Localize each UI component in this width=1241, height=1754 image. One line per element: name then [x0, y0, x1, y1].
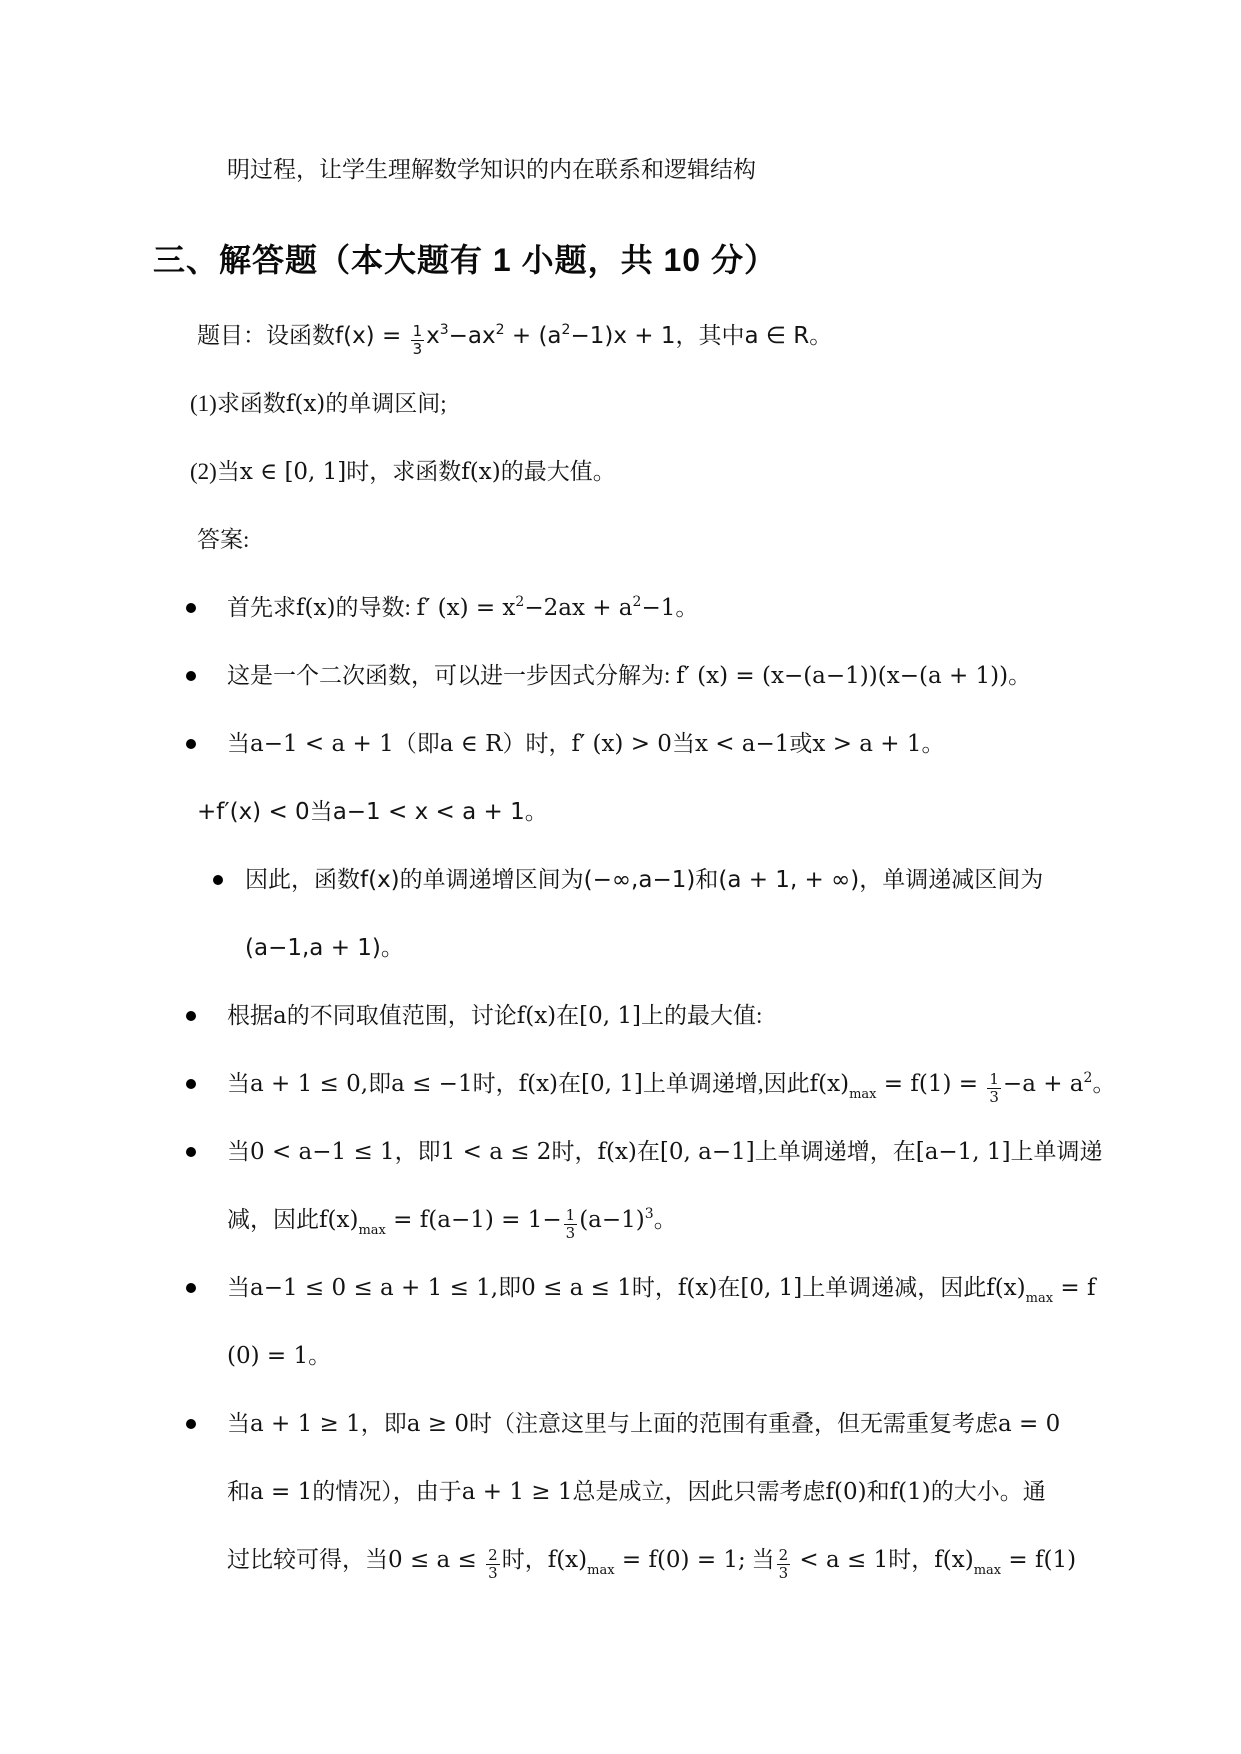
math-run: f′ (x) > 0 [571, 731, 672, 757]
math-run: f′ (x) = (x−(a−1))(x−(a + 1)) [676, 663, 1008, 689]
math-run: a ∈ R [744, 323, 809, 349]
text-run: 和 [867, 1479, 890, 1504]
answer-bullet-case-3: 当a−1 ≤ 0 ≤ a + 1 ≤ 1,即0 ≤ a ≤ 1时，f(x)在[0… [0, 1254, 1241, 1390]
math-run: a = 0 [998, 1411, 1060, 1437]
text-run: 当 [746, 1547, 775, 1572]
text-run: 当 [227, 1139, 250, 1164]
math-run: f(x) [986, 1275, 1025, 1301]
math-run: + (a [505, 323, 562, 349]
text-run: 。 [1092, 1071, 1115, 1096]
text-run: 总是成立，因此只需考虑 [573, 1479, 826, 1504]
problem-statement: 题目：设函数f(x) = 13x3−ax2 + (a2−1)x + 1，其中a … [0, 302, 1241, 370]
math-run: (−∞,a−1) [584, 867, 696, 893]
math-run: f(x) [810, 1071, 849, 1097]
math-run: +f′(x) < 0 [197, 799, 310, 825]
text-run: 。 [525, 799, 548, 824]
text-run: 答案: [197, 527, 249, 552]
math-run: x [426, 323, 440, 349]
math-run: f(1) [890, 1479, 931, 1505]
text-run: 当 [227, 1071, 250, 1096]
bullet-marker [186, 1419, 196, 1429]
fraction: 13 [987, 1071, 1001, 1106]
text-run: 的单调递增区间为 [400, 867, 584, 892]
bullet-marker [186, 1011, 196, 1021]
text-run: 首先求 [227, 595, 296, 620]
answer-bullet-derivative: 首先求f(x)的导数: f′ (x) = x2−2ax + a2−1。 [0, 574, 1241, 642]
math-run: f′ (x) = x [417, 595, 516, 621]
bullet-marker [213, 875, 223, 885]
text-run: 的导数: [335, 595, 416, 620]
text-run: 或 [789, 731, 812, 756]
intro-line: 明过程，让学生理解数学知识的内在联系和逻辑结构 [0, 136, 1241, 204]
text-run: 的大小。通 [931, 1479, 1046, 1504]
text-run: 和 [227, 1479, 250, 1504]
superscript: 3 [440, 322, 449, 338]
answer-bullet-monotonic-intervals: 因此，函数f(x)的单调递增区间为(−∞,a−1)和(a + 1, + ∞)，单… [0, 846, 1241, 982]
fraction: 13 [411, 323, 425, 358]
math-run: 0 ≤ a ≤ [388, 1547, 484, 1573]
text-run: 过比较可得，当 [227, 1547, 388, 1572]
math-run: −ax [449, 323, 496, 349]
math-run: a−1 ≤ 0 ≤ a + 1 ≤ 1, [250, 1275, 498, 1301]
math-run: f(x) = [335, 323, 409, 349]
math-run: a + 1 ≤ 0, [250, 1071, 368, 1097]
math-run: (a−1,a + 1) [245, 935, 381, 961]
math-run: (a + 1, + ∞) [718, 867, 859, 893]
derivative-negative-line: +f′(x) < 0当a−1 < x < a + 1。 [0, 778, 1241, 846]
math-run: a ≥ 0 [407, 1411, 469, 1437]
answer-bullet-case-overview: 根据a的不同取值范围，讨论f(x)在[0, 1]上的最大值: [0, 982, 1241, 1050]
subscript: max [974, 1563, 1001, 1578]
bullet-marker [186, 1079, 196, 1089]
text-run: 和 [695, 867, 718, 892]
fraction: 23 [777, 1547, 791, 1582]
text-run: 题目：设函数 [197, 323, 335, 348]
text-run: 在 [637, 1139, 660, 1164]
superscript: 3 [645, 1206, 654, 1222]
math-run: f(x) [296, 595, 335, 621]
subscript: max [587, 1563, 614, 1578]
math-run: 1 < a ≤ 2 [441, 1139, 552, 1165]
subscript: max [849, 1087, 876, 1102]
math-run: = f(1) = [876, 1071, 985, 1097]
math-run: a ∈ R [440, 731, 503, 757]
math-run: a−1 < x < a + 1 [333, 799, 525, 825]
subscript: max [1026, 1291, 1053, 1306]
text-run: 当 [227, 731, 250, 756]
math-run: f(0) [826, 1479, 867, 1505]
text-run: （即 [394, 731, 440, 756]
answer-label: 答案: [0, 506, 1241, 574]
text-run: 时（注意这里与上面的范围有重叠，但无需重复考虑 [469, 1411, 998, 1436]
text-run: 。 [809, 323, 832, 348]
math-run: −1)x + 1 [570, 323, 675, 349]
text-run: (1)求函数 [190, 391, 286, 416]
sub-question-1: (1)求函数f(x)的单调区间; [0, 370, 1241, 438]
text-run: 时， [502, 1547, 548, 1572]
text-run: 时， [551, 1139, 597, 1164]
text-run: 在 [717, 1275, 740, 1300]
math-run: −2ax + a [524, 595, 632, 621]
math-run: f(x) [319, 1207, 358, 1233]
text-run: 当 [672, 731, 695, 756]
math-run: = f(a−1) = 1− [386, 1207, 562, 1233]
text-run: 时，求函数 [346, 459, 461, 484]
math-run: a−1 < a + 1 [250, 731, 394, 757]
answer-bullet-case-2: 当0 < a−1 ≤ 1，即1 < a ≤ 2时，f(x)在[0, a−1]上单… [0, 1118, 1241, 1254]
math-run: x > a + 1 [812, 731, 921, 757]
math-run: (a−1) [579, 1207, 645, 1233]
answer-bullet-factorization: 这是一个二次函数，可以进一步因式分解为: f′ (x) = (x−(a−1))(… [0, 642, 1241, 710]
text-run: 时， [473, 1071, 519, 1096]
math-run: −1 [641, 595, 675, 621]
math-run: [0, 1] [740, 1275, 802, 1301]
sub-question-2: (2)当x ∈ [0, 1]时，求函数f(x)的最大值。 [0, 438, 1241, 506]
math-run: x < a−1 [695, 731, 789, 757]
math-run: a ≤ −1 [391, 1071, 473, 1097]
text-run: 当 [227, 1275, 250, 1300]
math-run: = f(0) = 1; [615, 1547, 746, 1573]
text-run: 即 [498, 1275, 521, 1300]
bullet-marker [186, 603, 196, 613]
section-heading: 三、解答题（本大题有 1 小题，共 10 分） [0, 226, 1241, 294]
bullet-marker [186, 1147, 196, 1157]
text-run: 上单调递 [1011, 1139, 1103, 1164]
text-run: ，即 [361, 1411, 407, 1436]
text-run: 上单调递增,因此 [643, 1071, 810, 1096]
math-run: f(x) [519, 1071, 558, 1097]
text-run: 的最大值。 [501, 459, 616, 484]
text-run: (2)当 [190, 459, 240, 484]
text-run: 时， [632, 1275, 678, 1300]
math-run: f(x) [461, 459, 500, 485]
text-run: 。 [922, 731, 945, 756]
text-run: 当 [310, 799, 333, 824]
text-run: 这是一个二次函数，可以进一步因式分解为: [227, 663, 676, 688]
math-run: f(x) [678, 1275, 717, 1301]
text-run: 。 [1008, 663, 1031, 688]
math-run: < a ≤ 1 [792, 1547, 888, 1573]
bullet-marker [186, 739, 196, 749]
text-run: 的情况），由于 [312, 1479, 462, 1504]
text-run: 在 [558, 1071, 581, 1096]
math-run: [0, 1] [581, 1071, 643, 1097]
math-run: 0 < a−1 ≤ 1 [250, 1139, 395, 1165]
bullet-marker [186, 671, 196, 681]
math-run: f(x) [548, 1547, 587, 1573]
text-run: 的不同取值范围，讨论 [287, 1003, 517, 1028]
math-run: f(x) [360, 867, 400, 893]
text-run: 即 [368, 1071, 391, 1096]
text-run: 减，因此 [227, 1207, 319, 1232]
math-run: a = 1 [250, 1479, 312, 1505]
text-run: 因此，函数 [245, 867, 360, 892]
math-run: a + 1 ≥ 1 [462, 1479, 573, 1505]
math-run: a [273, 1003, 287, 1029]
math-run: [a−1, 1] [916, 1139, 1011, 1165]
text-run: 上单调递减，因此 [802, 1275, 986, 1300]
math-run: [0, 1] [579, 1003, 641, 1029]
math-run: 0 ≤ a ≤ 1 [521, 1275, 632, 1301]
text-run: ，单调递减区间为 [859, 867, 1043, 892]
text-run: 。 [308, 1343, 331, 1368]
math-run: x ∈ [0, 1] [240, 459, 346, 485]
fraction: 13 [564, 1207, 578, 1242]
math-run: f(x) [597, 1139, 636, 1165]
math-run: a + 1 ≥ 1 [250, 1411, 361, 1437]
fraction: 23 [486, 1547, 500, 1582]
answer-bullet-positive-condition: 当a−1 < a + 1（即a ∈ R）时，f′ (x) > 0当x < a−1… [0, 710, 1241, 778]
text-run: 根据 [227, 1003, 273, 1028]
text-run: 。 [381, 935, 404, 960]
math-run: f(x) [517, 1003, 556, 1029]
text-run: 的单调区间; [325, 391, 446, 416]
math-run: = f(1) [1001, 1547, 1076, 1573]
math-run: [0, a−1] [660, 1139, 755, 1165]
text-run: 。 [654, 1207, 677, 1232]
bullet-marker [186, 1283, 196, 1293]
text-run: 上的最大值: [641, 1003, 762, 1028]
document-body: 题目：设函数f(x) = 13x3−ax2 + (a2−1)x + 1，其中a … [0, 302, 1241, 1594]
math-run: f(x) [286, 391, 325, 417]
text-run: 上单调递增，在 [755, 1139, 916, 1164]
text-run: 时， [888, 1547, 934, 1572]
math-run: f(x) [934, 1547, 973, 1573]
text-run: ，即 [395, 1139, 441, 1164]
superscript: 2 [496, 322, 505, 338]
text-run: 当 [227, 1411, 250, 1436]
text-run: 。 [675, 595, 698, 620]
math-run: −a + a [1003, 1071, 1084, 1097]
text-run: ）时， [502, 731, 571, 756]
superscript: 2 [515, 594, 524, 610]
text-run: 在 [556, 1003, 579, 1028]
answer-bullet-case-1: 当a + 1 ≤ 0,即a ≤ −1时，f(x)在[0, 1]上单调递增,因此f… [0, 1050, 1241, 1118]
math-run: (0) = 1 [227, 1343, 308, 1369]
math-run: = f [1053, 1275, 1095, 1301]
text-run: ，其中 [675, 323, 744, 348]
document-page: 明过程，让学生理解数学知识的内在联系和逻辑结构 三、解答题（本大题有 1 小题，… [0, 0, 1241, 1594]
subscript: max [358, 1223, 385, 1238]
answer-bullet-case-4: 当a + 1 ≥ 1，即a ≥ 0时（注意这里与上面的范围有重叠，但无需重复考虑… [0, 1390, 1241, 1594]
